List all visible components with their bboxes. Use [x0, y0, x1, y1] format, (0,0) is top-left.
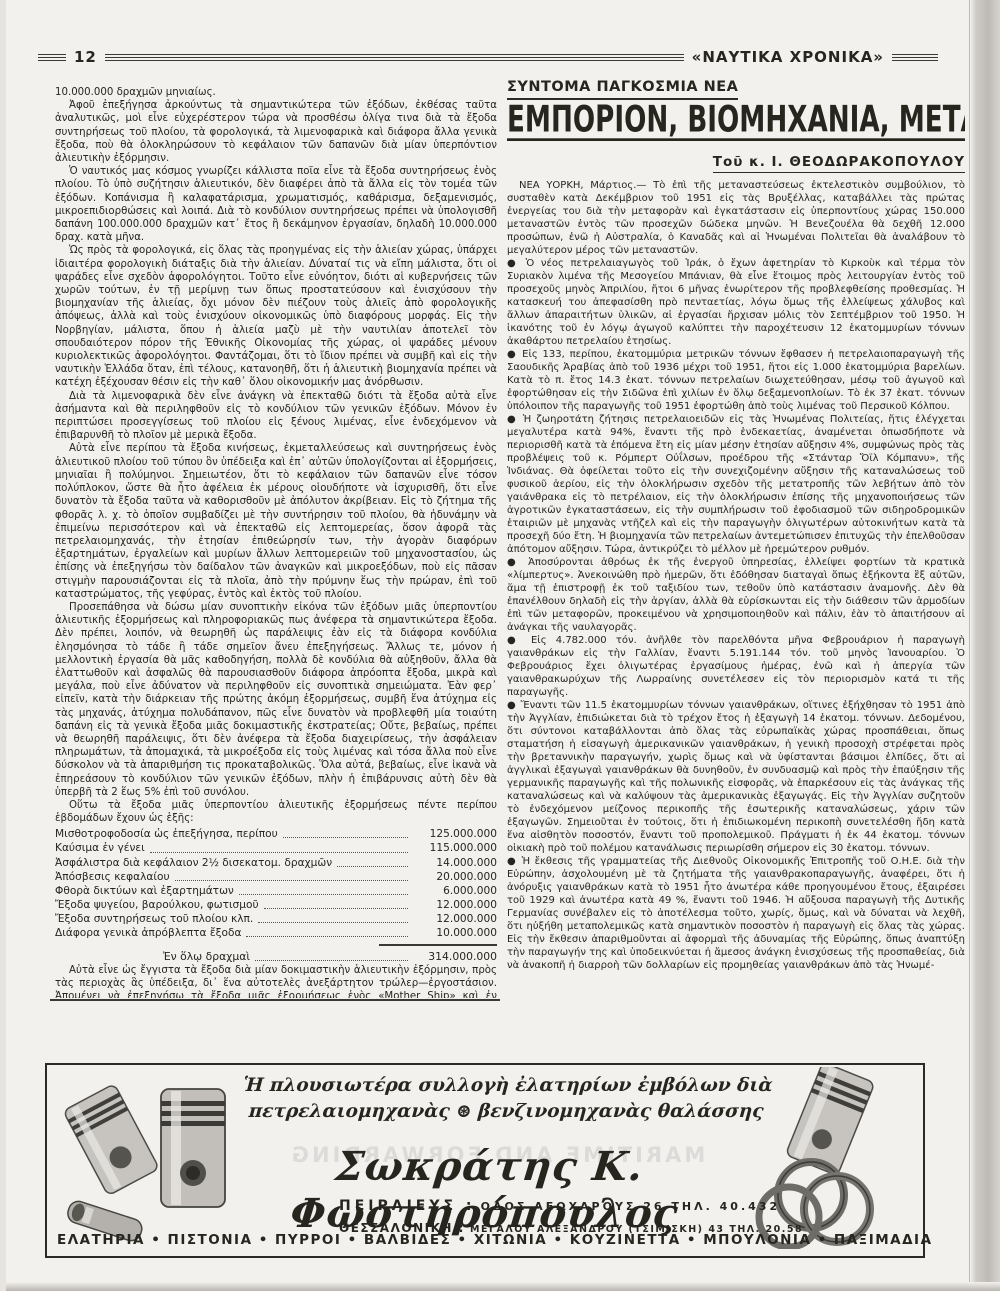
dot-leader: [255, 960, 408, 961]
header-rule-right: [892, 54, 938, 61]
expense-label: Διάφορα γενικὰ ἀπρόβλεπτα ἔξοδα: [55, 926, 241, 940]
table-row: Διάφορα γενικὰ ἀπρόβλεπτα ἔξοδα 10.000.0…: [55, 926, 497, 940]
table-row: Ἔξοδα συντηρήσεως τοῦ πλοίου κλπ. 12.000…: [55, 912, 497, 926]
expense-label: Καύσιμα ἐν γένει: [55, 841, 145, 855]
city-label: ΠΕΙΡΑΙΕΥΣ :: [339, 1198, 476, 1214]
masthead-title: «ΝΑΥΤΙΚΑ ΧΡΟΝΙΚΑ»: [692, 48, 884, 66]
dot-leader: [337, 866, 408, 867]
dot-leader: [175, 880, 408, 881]
news-paragraph: ● Ἀποσύρονται ἀθρόως ἐκ τῆς ἐνεργοῦ ὑπηρ…: [507, 556, 965, 634]
news-paragraph: ● Εἰς 4.782.000 τόν. ἀνῆλθε τὸν παρελθόν…: [507, 634, 965, 699]
ad-tagline-line2: πετρελαιομηχανὰς ⊛ βενζινομηχανὰς θαλάσσ…: [240, 1099, 772, 1125]
magazine-page: 12 «ΝΑΥΤΙΚΑ ΧΡΟΝΙΚΑ» 10.000.000 δραχμῶν …: [0, 0, 1000, 1291]
expense-value: 10.000.000: [413, 926, 497, 940]
expense-value: 12.000.000: [413, 912, 497, 926]
news-paragraph: ● Ἡ ἔκθεσις τῆς γραμματείας τῆς Διεθνοῦς…: [507, 855, 965, 972]
scan-edge-right: [970, 0, 1000, 1291]
scan-edge-bottom: [0, 1282, 1000, 1291]
advertisement-box: MARITIME AND FORWARDING: [45, 1063, 925, 1258]
total-label: Ἐν ὅλῳ δραχμαὶ: [163, 949, 250, 964]
dot-leader: [283, 837, 408, 838]
expense-label: Ἀσφάλιστρα διὰ κεφάλαιον 2½ δισεκατομ. δ…: [55, 856, 332, 870]
news-paragraph: ● Ὁ νέος πετρελαιαγωγὸς τοῦ Ἰράκ, ὁ ἔχων…: [507, 257, 965, 348]
news-paragraph: ΝΕΑ ΥΟΡΚΗ, Μάρτιος.— Τὸ ἐπὶ τῆς μεταναστ…: [507, 179, 965, 257]
expense-label: Ἀπόσβεσις κεφαλαίου: [55, 870, 170, 884]
expense-label: Ἔξοδα ψυγείου, βαρούλκου, φωτισμοῦ: [55, 898, 259, 912]
article-title: ΕΜΠΟΡΙΟΝ, ΒΙΟΜΗΧΑΝΙΑ, ΜΕΤΑΦΟΡΑΙ: [507, 99, 951, 141]
address-detail: ΟΔΟΣ ΛΕΩΧΑΡΟΥΣ 26 ΤΗΛ. 40.432: [481, 1200, 780, 1213]
ad-tagline-line1: Ἡ πλουσιωτέρα συλλογὴ ἐλατηρίων ἐμβόλων …: [242, 1073, 774, 1099]
total-value: 314.000.000: [413, 949, 497, 964]
dot-leader: [150, 852, 408, 853]
expense-label: Ἔξοδα συντηρήσεως τοῦ πλοίου κλπ.: [55, 912, 253, 926]
article-paragraph: Ἀφοῦ ἐπεξήγησα ἀρκούντως τὰ σημαντικώτερ…: [55, 99, 497, 165]
expense-label: Φθορὰ δικτύων καὶ ἐξαρτημάτων: [55, 884, 234, 898]
right-article-column: ΣΥΝΤΟΜΑ ΠΑΓΚΟΣΜΙΑ ΝΕΑ ΕΜΠΟΡΙΟΝ, ΒΙΟΜΗΧΑΝ…: [507, 76, 965, 1054]
article-closing-paragraph: Αὐτὰ εἶνε ὡς ἔγγιστα τὰ ἔξοδα διὰ μίαν δ…: [55, 964, 497, 998]
table-row: Ἀσφάλιστρα διὰ κεφάλαιον 2½ δισεκατομ. δ…: [55, 856, 497, 870]
table-row: Ἀπόσβεσις κεφαλαίου 20.000.000: [55, 870, 497, 884]
news-paragraph: ● Ἔναντι τῶν 11.5 ἑκατομμυρίων τόννων γα…: [507, 699, 965, 855]
page-header: 12 «ΝΑΥΤΙΚΑ ΧΡΟΝΙΚΑ»: [38, 48, 938, 66]
dot-leader: [264, 908, 408, 909]
expense-value: 12.000.000: [413, 898, 497, 912]
expenses-table: Μισθοτροφοδοσία ὡς ἐπεξήγησα, περίπου 12…: [55, 827, 497, 963]
article-paragraph: Ὁ ναυτικός μας κόσμος γνωρίζει κάλλιστα …: [55, 165, 497, 244]
news-paragraph: ● Εἰς 133, περίπου, ἑκατομμύρια μετρικῶν…: [507, 348, 965, 413]
page-number: 12: [74, 48, 97, 66]
table-row: Μισθοτροφοδοσία ὡς ἐπεξήγησα, περίπου 12…: [55, 827, 497, 841]
author-byline: Τοῦ κ. Ι. ΘΕΟΔΩΡΑΚΟΠΟΥΛΟΥ: [713, 154, 965, 173]
ad-tagline: Ἡ πλουσιωτέρα συλλογὴ ἐλατηρίων ἐμβόλων …: [240, 1073, 774, 1125]
byline-wrap: Τοῦ κ. Ι. ΘΕΟΔΩΡΑΚΟΠΟΥΛΟΥ: [507, 151, 965, 173]
expense-label: Μισθοτροφοδοσία ὡς ἐπεξήγησα, περίπου: [55, 827, 278, 841]
expense-value: 115.000.000: [413, 841, 497, 855]
left-article-column: 10.000.000 δραχμῶν μηνιαίως. Ἀφοῦ ἐπεξήγ…: [55, 86, 497, 998]
expense-value: 6.000.000: [413, 884, 497, 898]
table-row: Φθορὰ δικτύων καὶ ἐξαρτημάτων 6.000.000: [55, 884, 497, 898]
article-paragraph: Προσεπάθησα νὰ δώσω μίαν συνοπτικὴν εἰκό…: [55, 601, 497, 799]
dot-leader: [239, 894, 408, 895]
table-total-row: Ἐν ὅλῳ δραχμαὶ 314.000.000: [163, 949, 497, 964]
dot-leader: [258, 922, 408, 923]
article-paragraph: 10.000.000 δραχμῶν μηνιαίως.: [55, 86, 497, 99]
header-rule-middle: [105, 54, 684, 61]
header-rule-left: [38, 54, 66, 61]
expense-value: 14.000.000: [413, 856, 497, 870]
article-end-rule: [50, 999, 500, 1001]
dot-leader: [246, 936, 408, 937]
article-paragraph: Ὡς πρὸς τὰ φορολογικά, εἰς ὅλας τὰς προη…: [55, 244, 497, 389]
section-kicker: ΣΥΝΤΟΜΑ ΠΑΓΚΟΣΜΙΑ ΝΕΑ: [507, 79, 738, 100]
scan-edge-left: [0, 0, 6, 1291]
expense-value: 20.000.000: [413, 870, 497, 884]
expense-value: 125.000.000: [413, 827, 497, 841]
sum-rule: [379, 944, 497, 946]
article-paragraph: Αὐτὰ εἶνε περίπου τὰ ἔξοδα κινήσεως, ἐκμ…: [55, 442, 497, 600]
table-row: Καύσιμα ἐν γένει 115.000.000: [55, 841, 497, 855]
ad-products-list: ΕΛΑΤΗΡΙΑ • ΠΙΣΤΟΝΙΑ • ΠΥΡΡΟΙ • ΒΑΛΒΙΔΕΣ …: [57, 1232, 913, 1248]
article-paragraph: Διὰ τὰ λιμενοφαρικὰ δὲν εἶνε ἀνάγκη νὰ ἐ…: [55, 390, 497, 443]
article-paragraph: Οὕτω τὰ ἔξοδα μιᾶς ὑπερποντίου ἁλιευτικῆ…: [55, 799, 497, 825]
news-paragraph: ● Ἡ ζωηροτάτη ζήτησις πετρελαιοειδῶν εἰς…: [507, 413, 965, 556]
table-row: Ἔξοδα ψυγείου, βαρούλκου, φωτισμοῦ 12.00…: [55, 898, 497, 912]
ad-address-piraeus: ΠΕΙΡΑΙΕΥΣ : ΟΔΟΣ ΛΕΩΧΑΡΟΥΣ 26 ΤΗΛ. 40.43…: [339, 1195, 819, 1214]
